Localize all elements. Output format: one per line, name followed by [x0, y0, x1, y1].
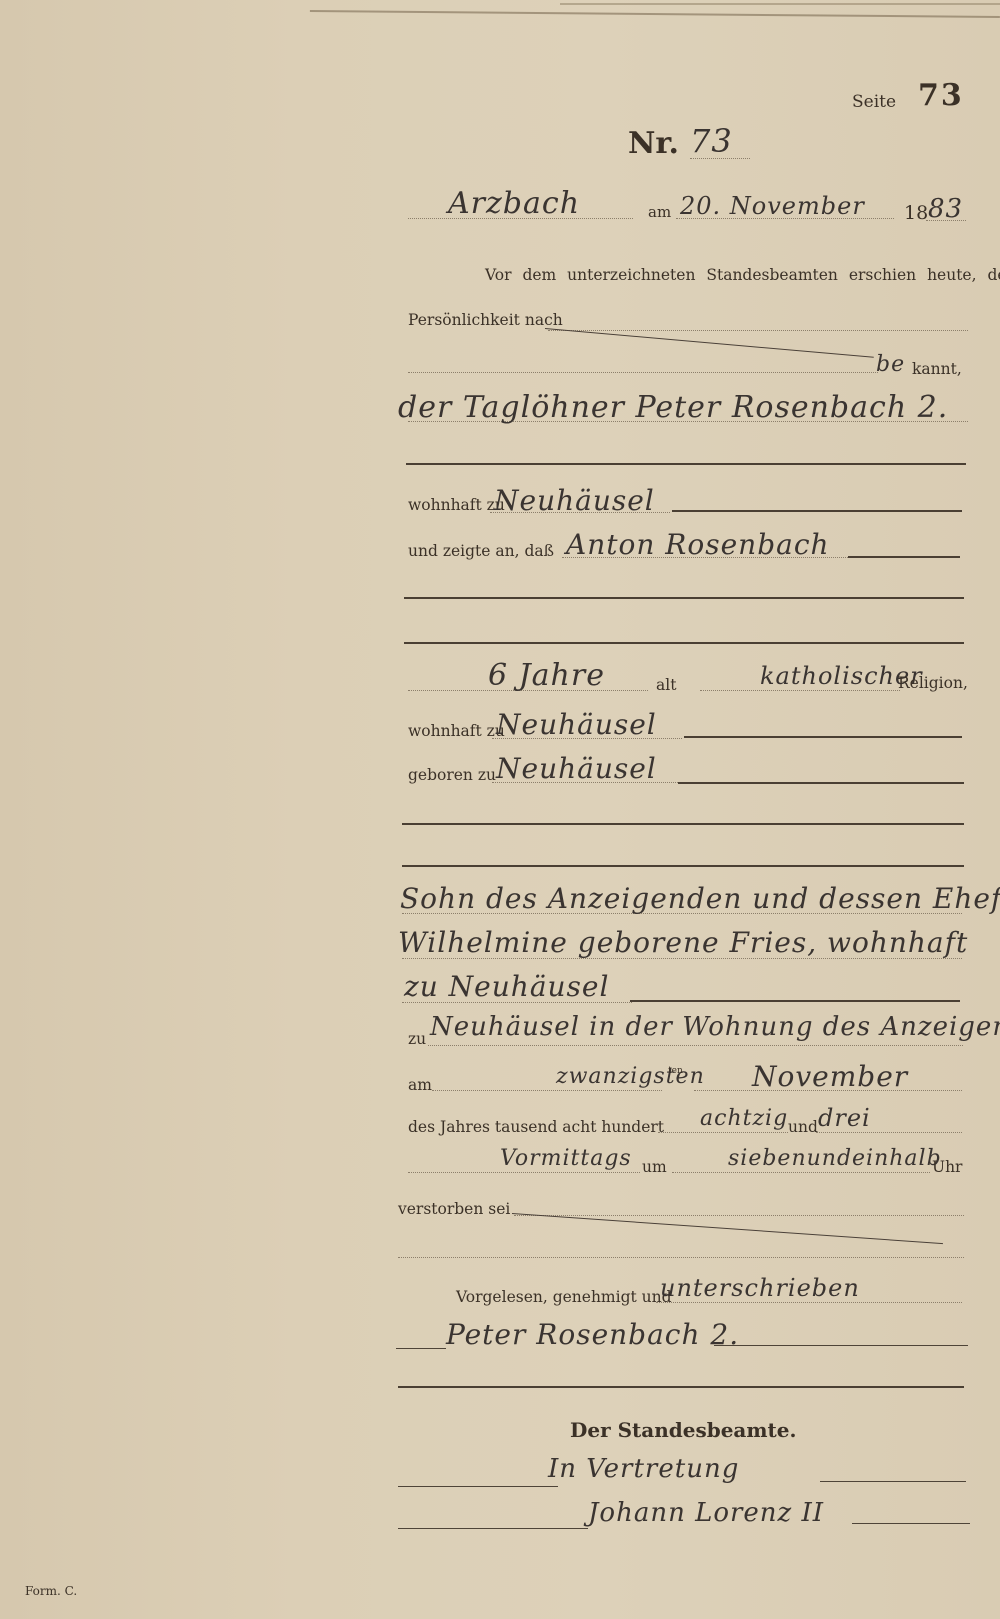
persoenlichkeit-line: [548, 330, 968, 331]
verstorben-strike: [512, 1213, 943, 1244]
uhr-label: Uhr: [932, 1158, 962, 1176]
read-line: [656, 1302, 962, 1303]
deceased-residence-field[interactable]: Neuhäusel: [496, 708, 657, 741]
official-line1-left: [398, 1486, 558, 1487]
official-line2-field[interactable]: Johann Lorenz II: [588, 1498, 824, 1528]
death-month-field[interactable]: November: [752, 1060, 908, 1093]
intro-line1: Vor dem unterzeichneten Standesbeamten e…: [485, 266, 1000, 284]
death-place-field[interactable]: Neuhäusel in der Wohnung des Anzeigenden: [430, 1012, 1000, 1042]
record-label: Nr.: [628, 126, 679, 161]
informant-name-field[interactable]: der Taglöhner Peter Rosenbach 2.: [398, 390, 948, 425]
record-number: 73: [690, 122, 733, 160]
hour-line: [672, 1172, 930, 1173]
blank-line-3: [402, 823, 964, 825]
record-number-line: [690, 158, 750, 159]
blank-line-2: [404, 642, 964, 644]
parents-line3-field[interactable]: zu Neuhäusel: [404, 970, 609, 1003]
birthplace-label: geboren zu: [408, 766, 496, 784]
verstorben-label: verstorben sei: [398, 1200, 510, 1218]
closing-divider: [398, 1386, 964, 1388]
year-units-line: [816, 1132, 962, 1133]
parents-line2-field[interactable]: Wilhelmine geborene Fries, wohnhaft: [398, 926, 968, 959]
informant-residence-field[interactable]: Neuhäusel: [494, 484, 655, 517]
deceased-name-fill: [848, 556, 960, 558]
birthplace-fill: [678, 782, 964, 784]
kannt-label: kannt,: [912, 360, 962, 378]
bekannt-field[interactable]: be: [876, 352, 905, 377]
time-of-day-line: [408, 1172, 640, 1173]
religion-line: [700, 690, 900, 691]
death-place-line: [428, 1045, 963, 1046]
informant-fill-line: [406, 463, 966, 465]
age-field[interactable]: 6 Jahre: [488, 658, 605, 693]
informant-residence-fill: [672, 510, 962, 512]
religion-label: Religion,: [898, 674, 968, 692]
reported-label: und zeigte an, daß: [408, 542, 554, 560]
death-place-label: zu: [408, 1030, 426, 1048]
page-label: Seite: [852, 92, 896, 112]
blank-line-4: [402, 865, 964, 867]
parents-line3-fill: [630, 1000, 960, 1002]
official-line2-left: [398, 1528, 588, 1529]
blank-line-1: [404, 597, 964, 599]
deceased-residence-fill: [684, 736, 962, 738]
form-label: Form. C.: [25, 1584, 77, 1598]
year-prefix: 18: [904, 202, 928, 224]
year-line: [926, 220, 966, 221]
signature-line-right: [714, 1345, 968, 1346]
um-label: um: [642, 1158, 667, 1176]
official-line1-right: [820, 1481, 966, 1482]
birthplace-field[interactable]: Neuhäusel: [496, 752, 657, 785]
hour-field[interactable]: siebenundeinhalb: [728, 1146, 942, 1171]
age-label: alt: [656, 676, 676, 694]
signature-line-left: [396, 1348, 446, 1349]
page-edge-line: [560, 3, 1000, 5]
kannt-line: [408, 372, 878, 373]
death-am-label: am: [408, 1076, 432, 1094]
year-tens-line: [658, 1132, 788, 1133]
day-suffix: ten: [668, 1066, 683, 1076]
date-field[interactable]: 20. November: [680, 192, 865, 220]
blank-dotted-line: [398, 1257, 964, 1258]
official-line2-right: [852, 1523, 970, 1524]
year-units-field[interactable]: drei: [818, 1104, 871, 1132]
am-label: am: [648, 203, 671, 221]
read-field[interactable]: unterschrieben: [660, 1274, 860, 1302]
deceased-residence-label: wohnhaft zu: [408, 722, 505, 740]
death-day-line: [432, 1090, 662, 1091]
death-year-label: des Jahres tausend acht hundert: [408, 1118, 664, 1136]
read-label: Vorgelesen, genehmigt und: [456, 1288, 672, 1306]
und-label: und: [788, 1118, 818, 1136]
informant-signature[interactable]: Peter Rosenbach 2.: [446, 1318, 739, 1351]
place-field[interactable]: Arzbach: [448, 186, 580, 221]
year-tens-field[interactable]: achtzig: [700, 1106, 788, 1131]
strike-stroke: [545, 328, 874, 358]
parents-line1-field[interactable]: Sohn des Anzeigenden und dessen Ehefrau: [400, 882, 1000, 915]
deceased-name-field[interactable]: Anton Rosenbach: [566, 528, 830, 561]
time-of-day-field[interactable]: Vormittags: [500, 1146, 632, 1171]
page-number: 73: [918, 78, 964, 113]
official-line1-field[interactable]: In Vertretung: [548, 1454, 739, 1484]
verstorben-line: [514, 1215, 964, 1216]
official-title: Der Standesbeamte.: [570, 1418, 796, 1442]
intro-line2-label: Persönlichkeit nach: [408, 311, 563, 329]
